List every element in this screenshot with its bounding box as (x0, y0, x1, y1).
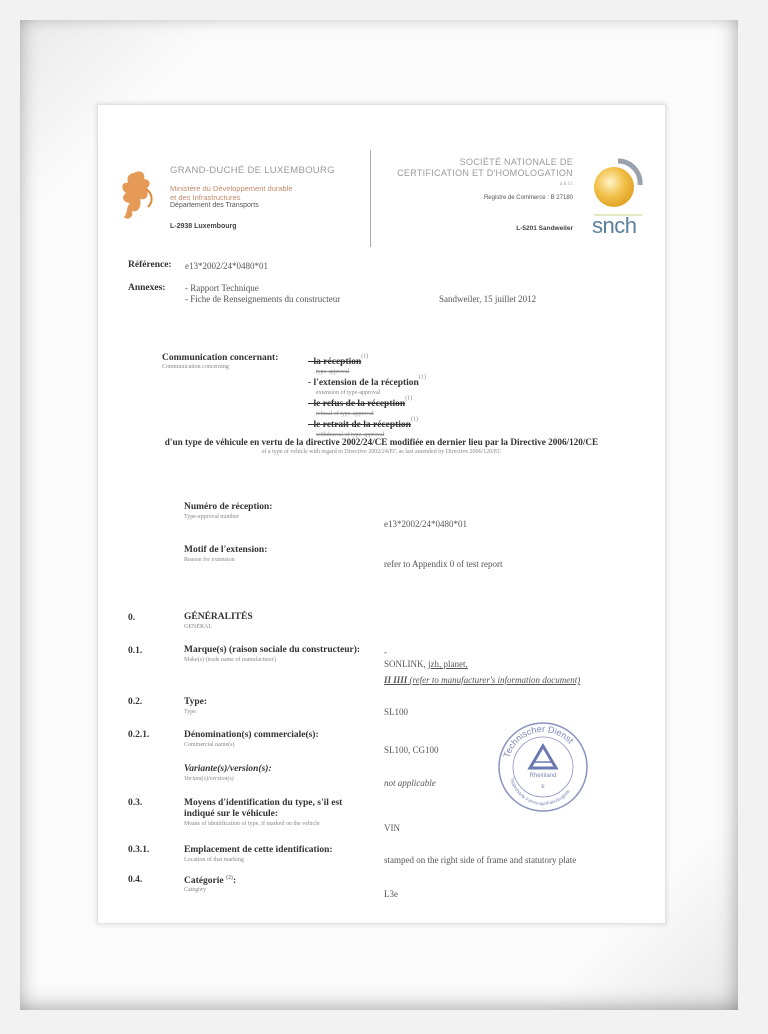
reference-value: e13*2002/24*0480*01 (185, 261, 268, 271)
department: Département des Transports (170, 202, 259, 209)
make-value: SONLINK, jzh, planet, (384, 659, 468, 669)
approval-number-label-en: Type-approval number (184, 514, 239, 520)
category-value: L3e (384, 889, 398, 899)
snch-logo: snch (588, 157, 648, 237)
extension-reason-value: refer to Appendix 0 of test report (384, 559, 502, 569)
approval-number-label: Numéro de réception: (184, 502, 272, 512)
variant-value: not applicable (384, 778, 436, 788)
snch-registry: Registre de Commerce : B 27180 (484, 195, 573, 201)
reference-label: Référence: (128, 260, 172, 270)
ministry-line-2: et des Infrastructures (170, 193, 240, 202)
make-value-2: II IIII (refer to manufacturer's informa… (384, 675, 580, 685)
directive-text-en: of a type of vehicle with regard to Dire… (98, 449, 665, 455)
section-label-en: Make(s) (trade name of manufacturer) (184, 657, 276, 663)
communication-label: Communication concernant: (162, 353, 278, 363)
section-label: Emplacement de cette identification: (184, 845, 333, 855)
svg-text:Rheinland: Rheinland (529, 773, 556, 779)
annex-item: - Fiche de Renseignements du constructeu… (185, 294, 340, 304)
section-number: 0. (128, 613, 135, 623)
section-number: 0.2. (128, 697, 142, 707)
snch-logo-text: snch (592, 213, 636, 239)
section-label: Marque(s) (raison sociale du constructeu… (184, 645, 360, 655)
certificate-document: GRAND-DUCHÉ DE LUXEMBOURG Ministère du D… (98, 105, 665, 923)
identification-value: VIN (384, 823, 400, 833)
communication-option: - le retrait de la réception(1) withdraw… (308, 414, 418, 438)
section-label-en: Commercial name(s) (184, 742, 234, 748)
snch-title-line-1: SOCIÉTÉ NATIONALE DE (460, 157, 573, 167)
section-number: 0.3. (128, 798, 142, 808)
section-label-en: Means of identification of type, if mark… (184, 821, 320, 827)
ministry-line-1: Ministère du Développement durable (170, 184, 293, 193)
communication-label-en: Communication concerning (162, 364, 229, 370)
svg-text:Typprüfstelle Fahrzeuge/Fahrze: Typprüfstelle Fahrzeuge/Fahrzeugteile (510, 777, 572, 806)
tuv-triangle-icon (530, 746, 556, 768)
lux-address: L-2938 Luxembourg (170, 223, 237, 230)
extension-reason-label-en: Reason for extension (184, 557, 235, 563)
section-label: Moyens d'identification du type, s'il es… (184, 798, 342, 808)
svg-text:E: E (541, 784, 545, 790)
section-label-en: GENERAL (184, 624, 212, 630)
marking-location-value: stamped on the right side of frame and s… (384, 855, 576, 865)
annexes-label: Annexes: (128, 283, 165, 293)
section-label-en: Variant(s)/version(s) (184, 776, 234, 782)
commercial-name-value: SL100, CG100 (384, 745, 439, 755)
section-label-en: Type (184, 709, 196, 715)
section-label-line-2: indiqué sur le véhicule: (184, 809, 278, 819)
section-number: 0.2.1. (128, 730, 149, 740)
section-label: Dénomination(s) commerciale(s): (184, 730, 319, 740)
make-dash: - (384, 647, 387, 657)
directive-text: d'un type de véhicule en vertu de la dir… (98, 437, 665, 447)
section-label: Type: (184, 697, 207, 707)
section-label-en: Location of that marking (184, 857, 244, 863)
snch-address: L-5201 Sandweiler (516, 225, 573, 232)
section-number: 0.4. (128, 875, 142, 885)
country-title: GRAND-DUCHÉ DE LUXEMBOURG (170, 165, 335, 176)
extension-reason-label: Motif de l'extension: (184, 545, 267, 555)
section-number: 0.3.1. (128, 845, 149, 855)
snch-title-line-2: CERTIFICATION ET D'HOMOLOGATION (397, 168, 573, 178)
approval-number-value: e13*2002/24*0480*01 (384, 519, 467, 529)
section-label: Catégorie (2): (184, 875, 236, 886)
snch-legal-form: s.à r.l. (560, 181, 573, 187)
section-label: GÉNÉRALITÉS (184, 612, 253, 622)
letterhead-divider (370, 150, 371, 247)
section-label-en: Category (184, 887, 206, 893)
red-lion-icon (116, 167, 156, 223)
place-date: Sandweiler, 15 juillet 2012 (439, 294, 536, 304)
type-value: SL100 (384, 707, 408, 717)
section-number: 0.1. (128, 646, 142, 656)
annex-item: - Rapport Technique (185, 283, 259, 293)
tuv-stamp: Technischer Dienst Typprüfstelle Fahrzeu… (496, 720, 590, 814)
section-label: Variante(s)/version(s): (184, 764, 272, 774)
